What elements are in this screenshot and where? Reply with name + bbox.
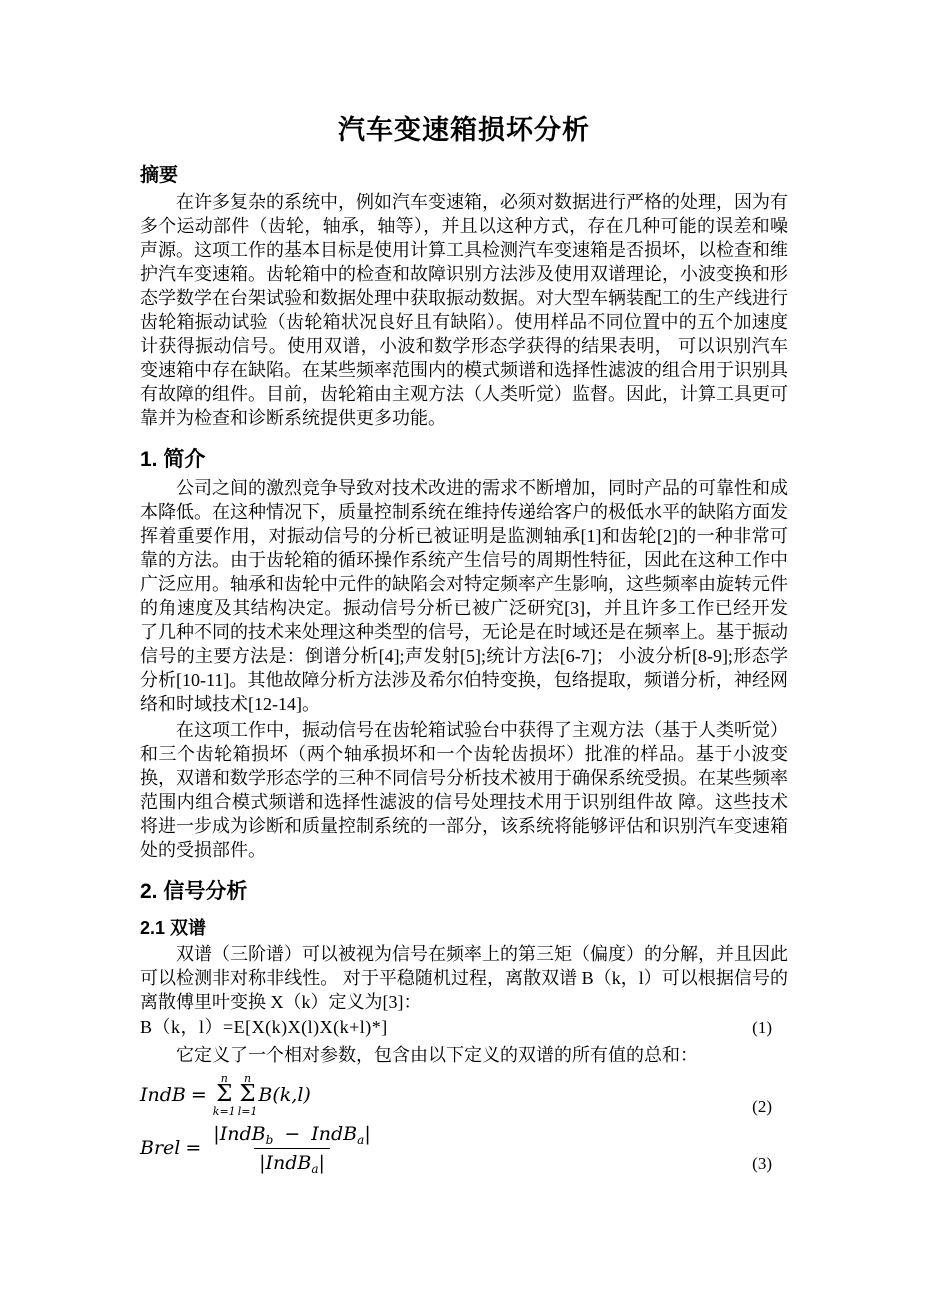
section-2-1-paragraph-1: 双谱（三阶谱）可以被视为信号在频率上的第三矩（偏度）的分解，并且因此可以检测非对… [140,942,788,1014]
sum-operator-l: n Σ l=1 [238,1073,258,1117]
sum-operator-k: n Σ k=1 [213,1073,236,1117]
equation-1: B（k，l）=E[X(k)X(l)X(k+l)*] (1) [140,1014,788,1041]
equation-2: IndB = n Σ k=1 n Σ l=1 B(k,l) (2) [140,1073,788,1117]
equation-1-number: (1) [752,1015,772,1041]
fraction: |IndBb − IndBa| |IndBa| [208,1123,375,1174]
fraction-numerator: |IndBb − IndBa| [208,1123,375,1148]
section-2-heading: 2. 信号分析 [140,878,788,906]
equation-2-rhs: B(k,l) [258,1084,310,1106]
equation-1-formula: B（k，l）=E[X(k)X(l)X(k+l)*] [140,1014,388,1040]
abstract-heading: 摘要 [140,164,788,188]
equals-sign: = [191,1084,207,1106]
fraction-denominator: |IndBa| [254,1148,330,1174]
section-1-paragraph-1: 公司之间的激烈竞争导致对技术改进的需求不断增加，同时产品的可靠性和成本降低。在这… [140,476,788,716]
sigma-icon: Σ [239,1084,255,1106]
equals-sign: = [185,1137,201,1159]
equation-2-lhs: IndB [140,1084,186,1106]
section-2-1-heading: 2.1 双谱 [140,916,788,940]
sigma-icon: Σ [216,1084,232,1106]
equation-3-lhs: Brel [140,1137,180,1159]
section-1-heading: 1. 简介 [140,446,788,474]
minus-sign: − [284,1123,300,1145]
section-1-paragraph-2: 在这项工作中，振动信号在齿轮箱试验台中获得了主观方法（基于人类听觉）和三个齿轮箱… [140,718,788,862]
page-title: 汽车变速箱损坏分析 [140,112,788,148]
equation-3-formula: Brel = |IndBb − IndBa| |IndBa| [140,1123,376,1174]
equation-3-number: (3) [752,1154,772,1174]
equation-3: Brel = |IndBb − IndBa| |IndBa| (3) [140,1123,788,1174]
section-2-1-paragraph-2: 它定义了一个相对参数，包含由以下定义的双谱的所有值的总和： [140,1043,788,1067]
equation-2-formula: IndB = n Σ k=1 n Σ l=1 B(k,l) [140,1073,311,1117]
equation-2-number: (2) [752,1097,772,1117]
abstract-paragraph: 在许多复杂的系统中，例如汽车变速箱，必须对数据进行严格的处理，因为有多个运动部件… [140,190,788,430]
document-page: 汽车变速箱损坏分析 摘要 在许多复杂的系统中，例如汽车变速箱，必须对数据进行严格… [0,0,926,1309]
